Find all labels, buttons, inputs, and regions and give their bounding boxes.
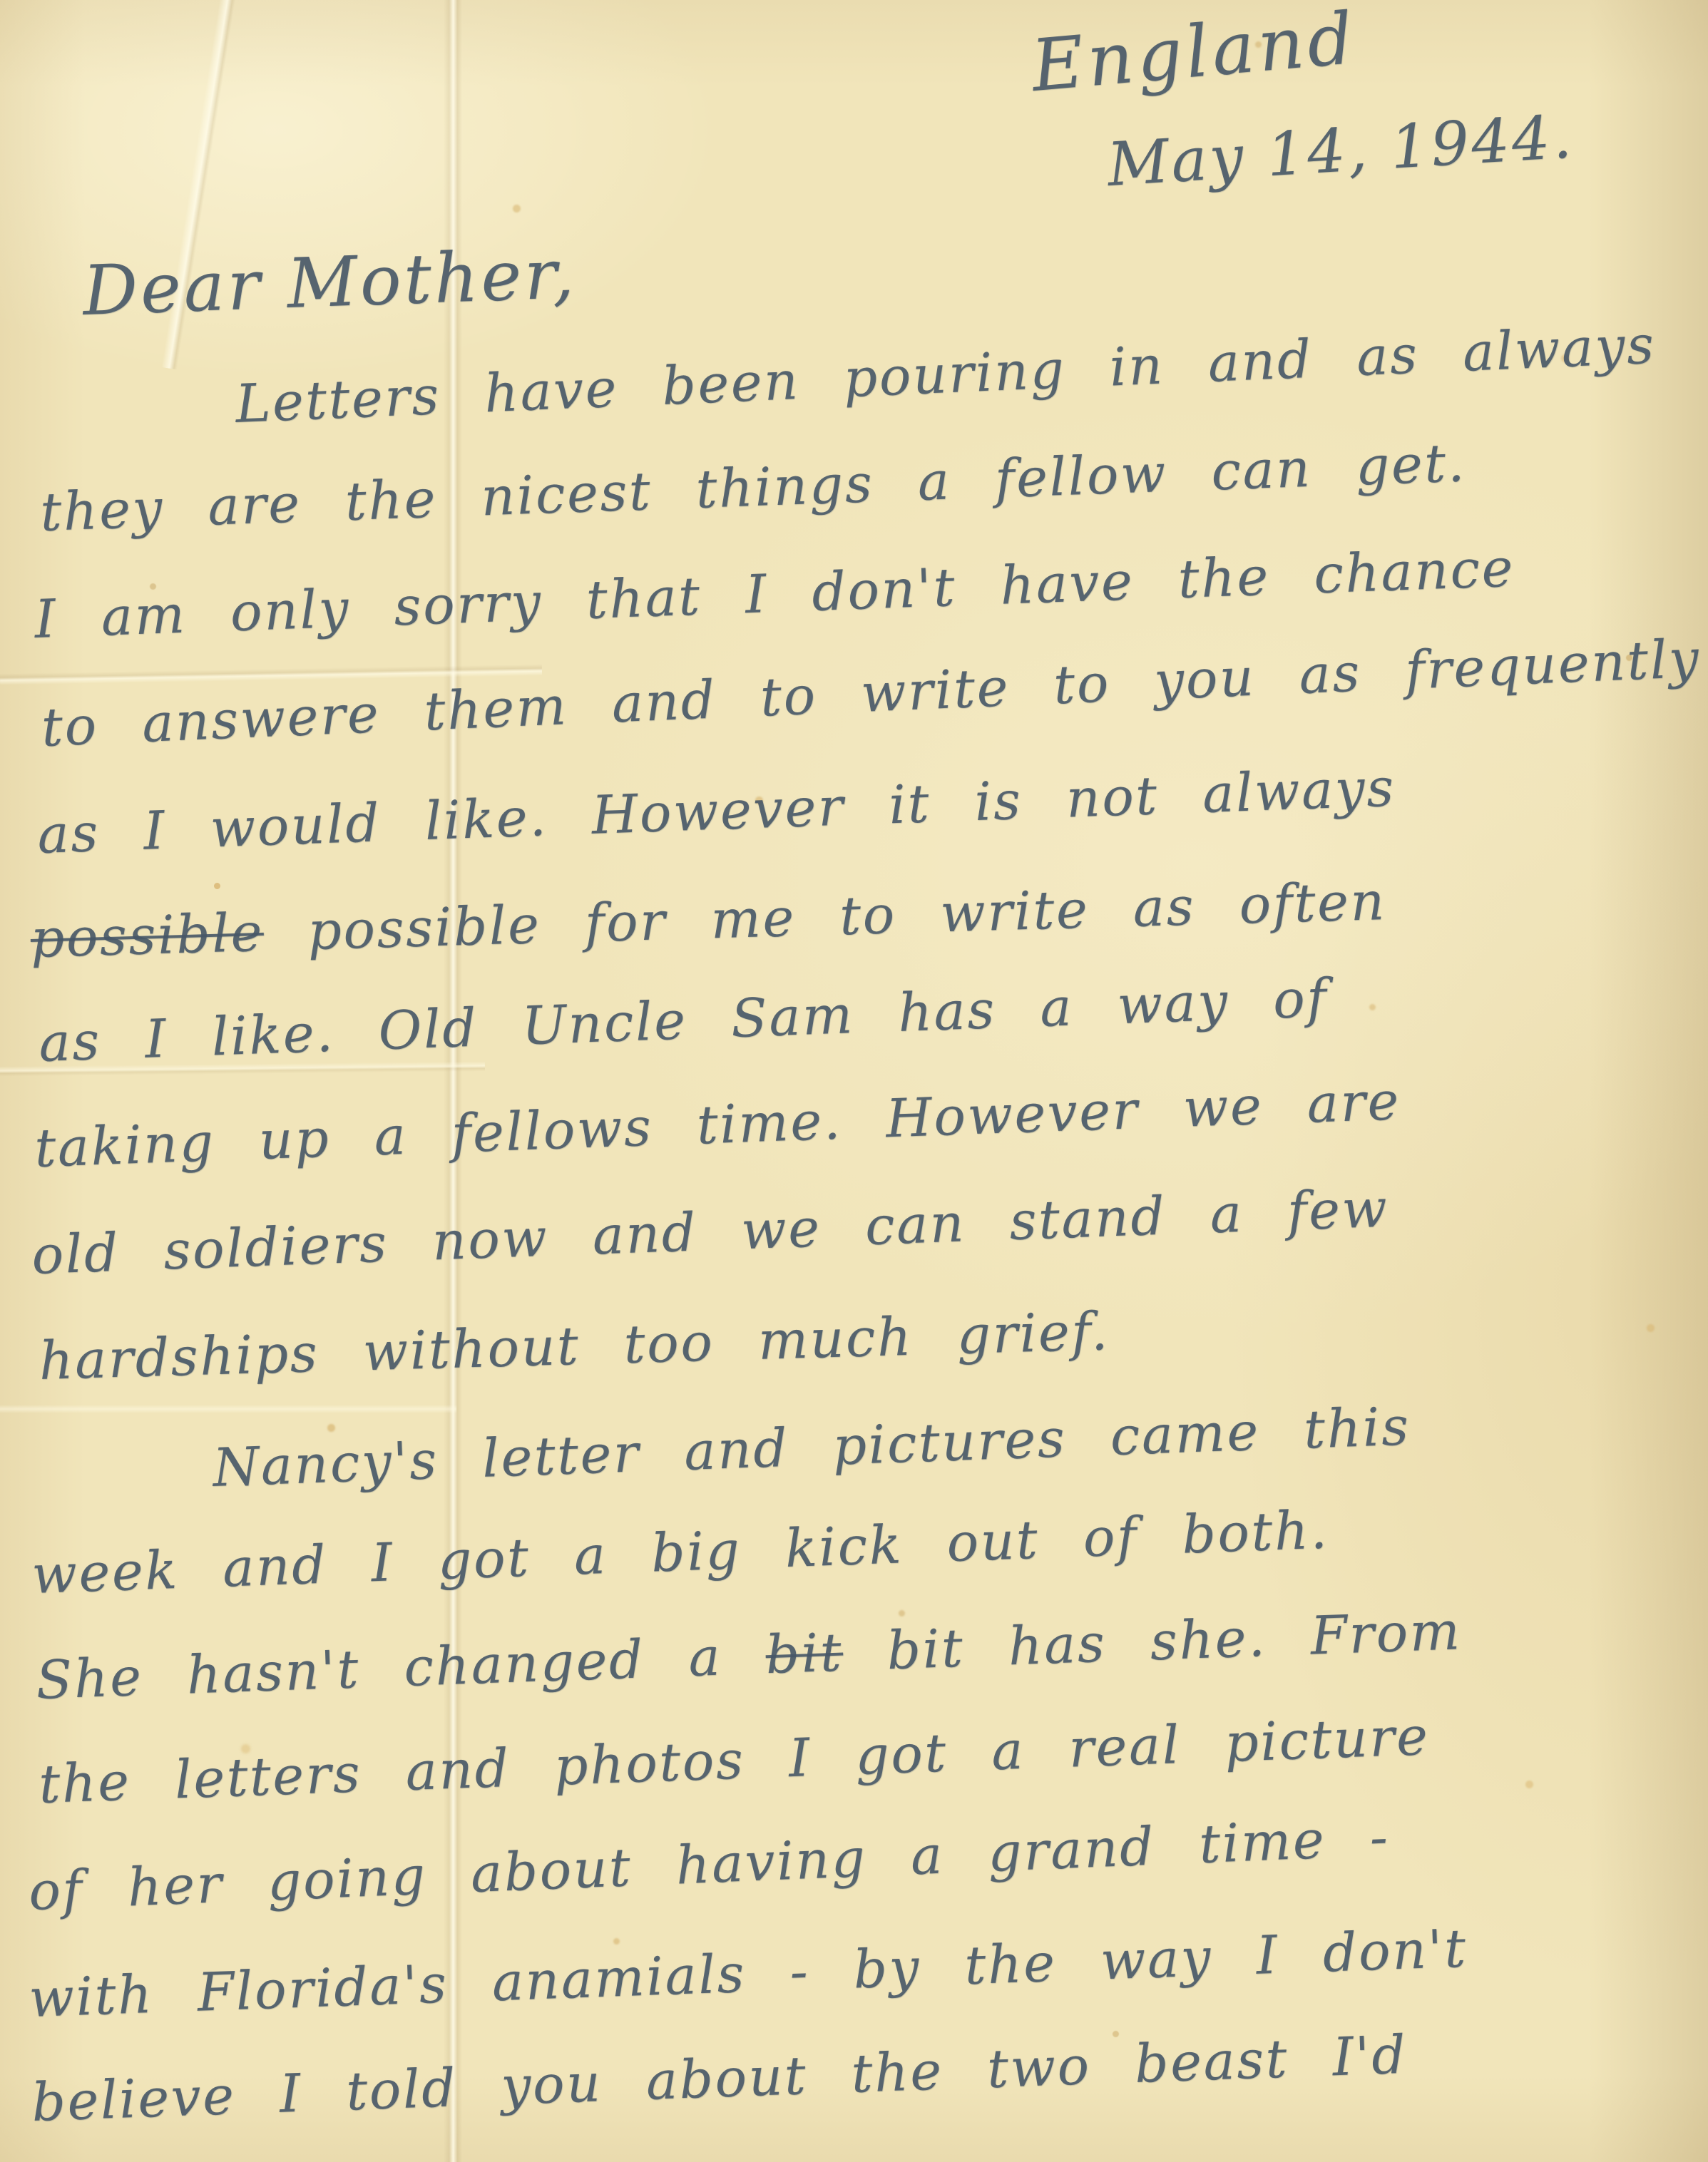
letter-line-04: to answere them and to write to you as f… [40, 628, 1702, 759]
fold-crease-vertical [444, 0, 462, 2162]
letter-salutation: Dear Mother, [81, 234, 578, 331]
line-text: the letters and photos I got a real pict… [38, 1706, 1431, 1815]
letter-line-14: the letters and photos I got a real pict… [38, 1706, 1431, 1815]
line-text: with Florida's anamials - by the way I d… [28, 1918, 1468, 2029]
line-text: as I like. Old Uncle Sam has a way of [38, 968, 1329, 1074]
letter-line-06: possible possible for me to write as oft… [30, 871, 1387, 970]
line-text: Nancy's letter and pictures came this [212, 1395, 1411, 1499]
letter-line-08: taking up a fellows time. However we are [34, 1070, 1401, 1179]
letter-line-12: week and I got a big kick out of both. [31, 1500, 1330, 1606]
line-text: Letters have been pouring in and as alwa… [234, 314, 1657, 435]
paper-speckles [214, 883, 220, 889]
letter-line-01: Letters have been pouring in and as alwa… [234, 314, 1657, 435]
line-text: I am only sorry that I don't have the ch… [34, 538, 1515, 650]
line-text: week and I got a big kick out of both. [31, 1500, 1330, 1606]
letter-place: England [1028, 0, 1360, 108]
line-text: taking up a fellows time. However we are [34, 1070, 1401, 1179]
letter-line-05: as I would like. However it is not alway… [36, 757, 1396, 866]
letter-date: May 14, 1944. [1105, 101, 1575, 200]
letter-line-17: believe I told you about the two beast I… [31, 2024, 1408, 2133]
letter-line-09: old soldiers now and we can stand a few [31, 1178, 1390, 1286]
line-text: possible for me to write as often [263, 871, 1387, 963]
letter-line-03: I am only sorry that I don't have the ch… [34, 538, 1515, 650]
line-text: as I would like. However it is not alway… [36, 757, 1396, 866]
line-text: hardships without too much grief. [39, 1301, 1110, 1392]
letter-line-02: they are the nicest things a fellow can … [39, 432, 1467, 543]
letter-page: England May 14, 1944. Dear Mother, Lette… [0, 0, 1708, 2162]
letter-line-11: Nancy's letter and pictures came this [212, 1395, 1411, 1499]
letter-line-16: with Florida's anamials - by the way I d… [28, 1918, 1468, 2029]
line-text: bit has she. From [842, 1600, 1463, 1683]
struck-text: possible [30, 902, 265, 970]
struck-text: bit [764, 1622, 844, 1686]
line-text: to answere them and to write to you as f… [40, 628, 1702, 759]
line-text: they are the nicest things a fellow can … [39, 432, 1467, 543]
letter-line-07: as I like. Old Uncle Sam has a way of [38, 968, 1329, 1074]
letter-line-10: hardships without too much grief. [39, 1301, 1110, 1392]
line-text: of her going about having a grand time - [28, 1806, 1391, 1922]
letter-line-15: of her going about having a grand time - [28, 1806, 1391, 1922]
fold-crease-horizontal-3 [0, 1405, 456, 1413]
line-text: She hasn't changed a [35, 1624, 767, 1711]
line-text: believe I told you about the two beast I… [31, 2024, 1408, 2133]
line-text: old soldiers now and we can stand a few [31, 1178, 1390, 1286]
letter-line-13: She hasn't changed a bit bit has she. Fr… [35, 1600, 1463, 1711]
